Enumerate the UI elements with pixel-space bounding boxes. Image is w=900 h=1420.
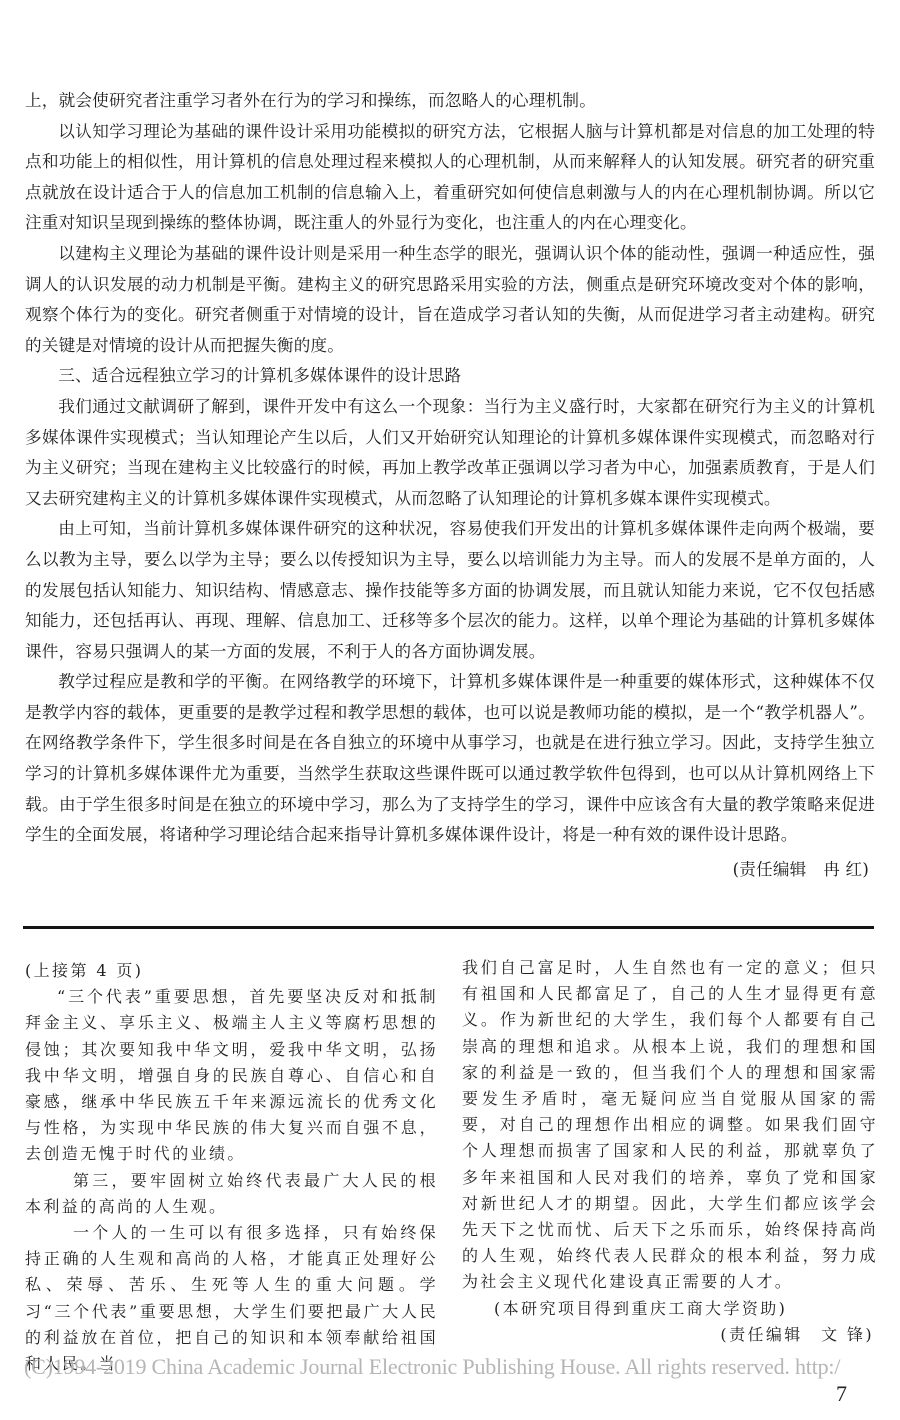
paragraph-point-three: 第三，要牢固树立始终代表最广大人民的根本利益的高尚的人生观。	[25, 1168, 438, 1220]
paragraph-continuation: 我们自己富足时，人生自然也有一定的意义；但只有祖国和人民都富足了，自己的人生才显…	[462, 955, 878, 1296]
right-column: 我们自己富足时，人生自然也有一定的意义；但只有祖国和人民都富足了，自己的人生才显…	[462, 955, 878, 1348]
paragraph-teaching-balance: 教学过程应是教和学的平衡。在网络教学的环境下，计算机多媒体课件是一种重要的媒体形…	[25, 667, 875, 851]
editor-credit-right: (责任编辑 文 锋)	[462, 1322, 878, 1348]
paragraph-current-status: 由上可知，当前计算机多媒体课件研究的这种状况，容易使我们开发出的计算机多媒体课件…	[25, 514, 875, 667]
paragraph: 上，就会使研究者注重学习者外在行为的学习和操练，而忽略人的心理机制。	[25, 86, 875, 117]
paragraph-cognitive-theory: 以认知学习理论为基础的课件设计采用功能模拟的研究方法，它根据人脑与计算机都是对信…	[25, 117, 875, 239]
left-column: (上接第 4 页) “三个代表”重要思想，首先要坚决反对和抵制拜金主义、享乐主义…	[25, 958, 438, 1377]
sponsor-note: (本研究项目得到重庆工商大学资助)	[462, 1296, 878, 1322]
paragraph-literature-review: 我们通过文献调研了解到，课件开发中有这么一个现象：当行为主义盛行时，大家都在研究…	[25, 392, 875, 514]
copyright-watermark: (C)1994-2019 China Academic Journal Elec…	[24, 1354, 900, 1380]
section-heading: 三、适合远程独立学习的计算机多媒体课件的设计思路	[25, 361, 875, 392]
main-article-text: 上，就会使研究者注重学习者外在行为的学习和操练，而忽略人的心理机制。 以认知学习…	[25, 86, 875, 885]
paragraph-three-represents: “三个代表”重要思想，首先要坚决反对和抵制拜金主义、享乐主义、极端主人主义等腐朽…	[25, 984, 438, 1167]
editor-credit: (责任编辑 冉 红)	[25, 855, 875, 886]
section-divider	[23, 926, 874, 929]
page-number: 7	[836, 1381, 847, 1407]
paragraph-constructivism: 以建构主义理论为基础的课件设计则是采用一种生态学的眼光，强调认识个体的能动性，强…	[25, 239, 875, 361]
continued-from-note: (上接第 4 页)	[25, 958, 438, 984]
